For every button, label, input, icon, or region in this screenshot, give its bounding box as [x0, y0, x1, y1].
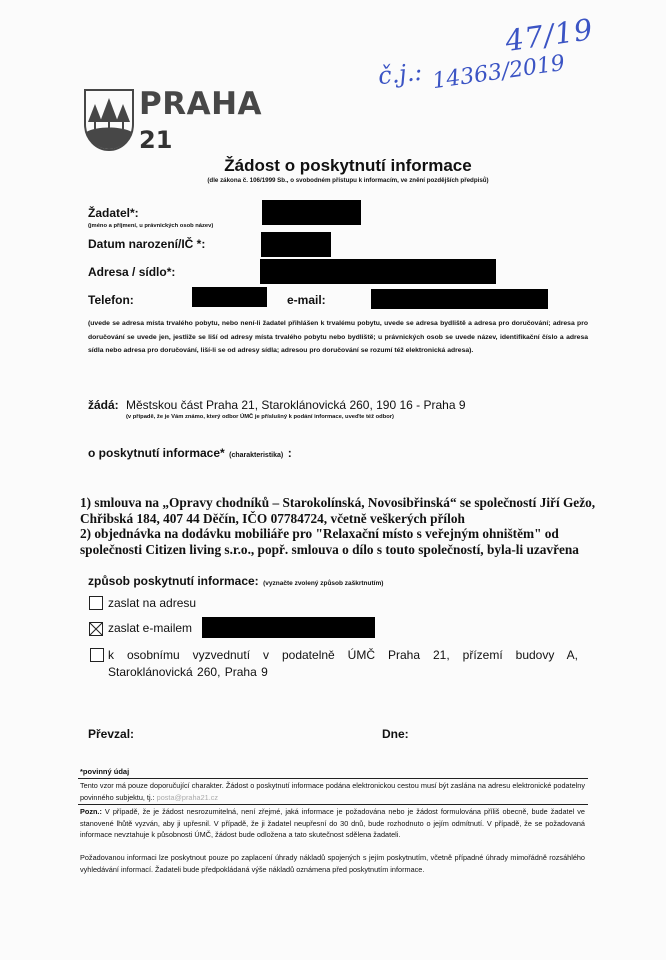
address-redacted [260, 259, 496, 284]
required-note: *povinný údaj [80, 767, 129, 776]
request-authority-hint: (v případě, že je Vám známo, který odbor… [126, 414, 394, 420]
address-label: Adresa / sídlo*: [88, 265, 175, 279]
fee-note: Požadovanou informaci lze poskytnout pou… [80, 852, 585, 875]
podatelna-email-link[interactable]: posta@praha21.cz [157, 793, 218, 802]
applicant-name-redacted [262, 200, 361, 225]
info-label: o poskytnutí informace* [88, 446, 225, 460]
pozn-text: V případě, že je žádost nesrozumitelná, … [80, 807, 585, 839]
delivery-hint: (vyznačte zvolený způsob zaškrtnutím) [263, 580, 383, 587]
delivery-heading: způsob poskytnutí informace: (vyznačte z… [88, 572, 383, 590]
address-note: (uvede se adresa místa trvalého pobytu, … [88, 317, 588, 358]
phone-label: Telefon: [88, 293, 134, 307]
page-subtitle: (dle zákona č. 106/1999 Sb., o svobodném… [0, 177, 666, 184]
logo-district: 21 [139, 126, 172, 154]
date-label: Dne: [382, 727, 409, 741]
email-redacted [371, 289, 548, 309]
logo-city: PRAHA [139, 86, 262, 122]
received-by-label: Převzal: [88, 727, 134, 741]
delivery-email-redacted [202, 617, 375, 638]
applicant-name-hint: (jméno a příjmení, u právnických osob ná… [88, 223, 213, 229]
template-note: Tento vzor má pouze doporučující charakt… [80, 780, 585, 803]
info-colon: : [288, 446, 292, 460]
option-send-by-email[interactable]: zaslat e-mailem [108, 621, 192, 635]
checkbox-send-by-email[interactable] [89, 622, 103, 636]
applicant-name-label: Žadatel*: [88, 206, 139, 220]
delivery-label: způsob poskytnutí informace: [88, 574, 259, 588]
handwritten-case-prefix: č.j.: [377, 58, 424, 90]
email-label: e-mail: [287, 293, 326, 307]
praha-21-logo: PRAHA 21 [83, 88, 283, 158]
footer-divider-1 [78, 778, 588, 779]
info-heading: o poskytnutí informace* (charakteristika… [88, 444, 292, 462]
checkbox-send-to-address[interactable] [89, 596, 103, 610]
request-item-2: 2) objednávka na dodávku mobiliáře pro "… [80, 526, 600, 557]
request-item-1: 1) smlouva na „Opravy chodníků – Staroko… [80, 495, 600, 526]
option-send-to-address[interactable]: zaslat na adresu [108, 596, 196, 610]
birth-date-label: Datum narození/IČ *: [88, 237, 205, 251]
info-hint: (charakteristika) [229, 452, 283, 459]
phone-redacted [192, 287, 267, 307]
request-label: žádá: [88, 398, 119, 412]
checkmark-x-icon [90, 623, 102, 635]
trees-shield-icon [83, 88, 135, 152]
pozn-note: Pozn.: V případě, že je žádost nesrozumi… [80, 806, 585, 841]
page-title: Žádost o poskytnutí informace [0, 156, 666, 176]
birth-date-redacted [261, 232, 331, 257]
pozn-label: Pozn.: [80, 807, 102, 816]
handwritten-ref-number: 47/19 [503, 12, 595, 58]
footer-divider-2 [78, 804, 588, 805]
option-personal-pickup[interactable]: k osobnímu vyzvednutí v podatelně ÚMČ Pr… [108, 647, 578, 681]
checkbox-personal-pickup[interactable] [90, 648, 104, 662]
handwritten-case-number: 14363/2019 [431, 51, 567, 94]
request-authority: Městskou část Praha 21, Staroklánovická … [126, 398, 466, 412]
